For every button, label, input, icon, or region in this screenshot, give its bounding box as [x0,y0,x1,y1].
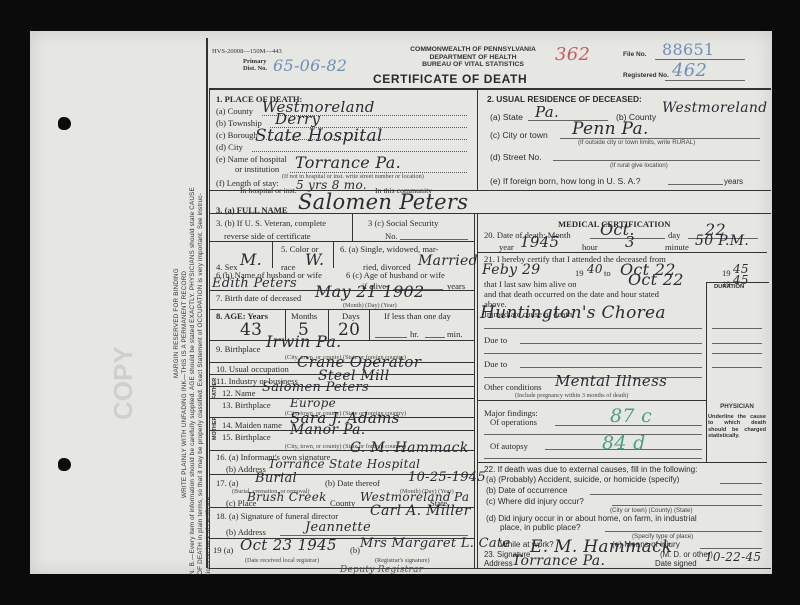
spouse-value: Edith Peters [212,276,297,291]
occurred-label-1: and that death occurred on the date and … [484,289,659,299]
primary-dist-value: 65-06-82 [273,56,347,75]
father-birthplace-value: Europe [290,396,336,410]
physician-note: Underline the cause to which death shoul… [708,414,766,440]
institution-value: Torrance Pa. [295,153,401,172]
registered-no-line [665,80,745,81]
last-saw-label: that I last saw him alive on [484,279,577,289]
date-signed-value: 10-22-45 [705,550,761,564]
ink-note: WRITE PLAINLY WITH UNFADING INK—THIS IS … [181,271,189,498]
funeral-address-value: Jeannette [305,520,371,535]
birthplace-value: Irwin Pa. [266,332,342,351]
res-foreign-label: (e) If foreign born, how long in U. S. A… [490,176,640,186]
father-birthplace-label: 13. Birthplace [222,400,271,410]
registrar-date-value: Oct 23 1945 [240,536,337,554]
due-to-line [520,343,702,344]
burial-date-value: 10-25-1945 [408,470,486,485]
agency-line-2: DEPARTMENT OF HEALTH [388,54,558,62]
external-a-line [720,483,762,484]
res-county-value: Westmoreland [662,100,767,116]
external-a: (a) (Probably) Accident, suicide, or hom… [486,475,679,484]
findings-line [484,458,702,459]
age-divider [369,310,370,340]
attend-from-year: 40 [587,262,603,276]
registrar-date-note: (Date received local registrar) [245,557,319,564]
file-no-label: File No. [623,51,646,58]
registrar-sig-label: (b) [350,545,360,555]
res-state-label: (a) State [490,112,523,122]
minute-label: minute [665,242,689,252]
res-city-note: (If outside city or town limits, write R… [578,139,695,146]
agency-line-1: COMMONWEALTH OF PENNSYLVANIA [388,46,558,54]
city-label: (d) City [216,142,243,152]
name-rule [209,213,771,214]
external-c-note: (City or town) (County) (State) [610,507,693,514]
birth-note: (Month) (Day) (Year) [343,302,397,309]
certificate-title: CERTIFICATE OF DEATH [373,72,527,86]
mother-maiden-label: 14. Maiden name [222,420,282,430]
borough-label: (c) Borough [216,130,258,140]
operations-label: Of operations [490,417,537,427]
registrar-label: 19 (a) [213,545,233,555]
sex-value: M. [240,250,262,269]
burial-value: Burial [255,471,297,486]
duration-line [712,353,762,354]
registered-no-label: Registered No. [623,72,669,79]
mother-side-label: MOTHER [212,417,218,440]
birth-label: 7. Birth date of deceased [216,293,301,303]
file-no-value: 88651 [662,40,714,59]
city-value: State Hospital [255,126,383,146]
autopsy-label: Of autopsy [490,441,528,451]
burial-place-value: Brush Creek [247,490,327,504]
immediate-value: Huntington's Chorea [480,303,666,323]
frame-left-rule [206,38,208,568]
row-rule [209,309,474,310]
stay-sublabel: In hospital or inst. [240,186,297,195]
funeral-value: Carl A. Miller [370,503,471,519]
ss-line [400,239,468,240]
primary-dist-label: Primary Dist. No. [243,58,271,72]
registered-no-value: 462 [672,60,707,81]
faded-stamp: COPY [108,346,139,420]
ss-label-1: 3 (c) Social Security [368,218,438,228]
due-to-label-1: Due to [484,335,507,345]
city-line [252,151,467,152]
duration-label: DURATION [714,284,744,290]
physician-title: PHYSICIAN [708,404,766,411]
to-label: to [604,268,611,278]
res-foreign-suffix: years [724,177,743,186]
attend-to-year-prefix: 19 [722,268,731,278]
bottom-rule [209,568,771,569]
vet-ss-divider [352,214,353,241]
nb-line-2: OF DEATH in plain terms, so that it may … [197,193,205,575]
column-divider-top [477,88,478,191]
external-heading: 22. If death was due to external causes,… [484,465,697,474]
external-d-line [605,531,762,532]
spouse-age-label-1: 6 (c) Age of husband or wife [346,270,445,280]
punch-hole [58,117,71,130]
other-label: Other conditions [484,382,542,392]
binding-note: MARGIN RESERVED FOR BINDING [173,268,181,378]
father-name-value: Salomen Peters [262,380,369,395]
hr-line [375,337,407,338]
min-line [425,337,445,338]
autopsy-code: 84 d [602,432,646,454]
father-side-label: FATHER [212,378,218,399]
physician-note-block: PHYSICIAN Underline the cause to which d… [708,404,766,440]
mother-birthplace-label: 15. Birthplace [222,432,271,442]
sex-color-divider [272,242,273,268]
external-d-1: (d) Did injury occur in or about home, o… [486,514,697,523]
duration-line [712,328,762,329]
operations-code: 87 c [610,405,652,427]
registrar-extra: Deputy Registrar [340,565,423,575]
row-rule [477,400,706,401]
due-to-line [520,367,702,368]
res-street-note: (If rural give location) [610,162,668,169]
burial-label: 17. (a) [216,478,238,488]
hospital-label: (e) Name of hospital [216,154,287,164]
res-street-line [553,160,760,161]
registrar-sig-value: Mrs Margaret L. Cate [360,536,510,551]
res-foreign-line [668,184,723,185]
year-label: year [499,242,514,252]
hour-label: hour [582,242,598,252]
address-label: Address [484,559,513,568]
informant-value: G. M. Hammack [350,440,469,456]
row-rule [209,241,474,242]
due-to-line [484,353,702,354]
informant-address-value: Torrance State Hospital [268,457,420,471]
form-code: HVS-20008—150M—443 [212,48,282,55]
findings-line [484,434,702,435]
red-number: 362 [555,44,590,65]
occupation-label: 10. Usual occupation [216,364,289,374]
last-saw-value: Oct 22 [628,270,684,289]
color-marital-divider [333,242,334,268]
address-value: Torrance Pa. [512,553,605,569]
color-value: W. [305,250,324,269]
less-day-label: If less than one day [384,311,451,321]
row-rule [477,252,767,253]
external-c: (c) Where did injury occur? [486,497,584,506]
burial-date-label: (b) Date thereof [325,478,380,488]
means-line [700,548,762,549]
external-d-2: place, in public place? [500,523,581,532]
veteran-label-1: 3. (b) If U. S. Veteran, complete [216,218,326,228]
other-note: (Include pregnancy within 3 months of de… [515,392,628,399]
ss-label-2: No. [385,231,398,241]
row-rule [477,462,767,463]
date-signed-label: Date signed [655,559,697,568]
other-value: Mental Illness [555,372,667,390]
punch-hole [58,458,71,471]
external-b-line [590,494,762,495]
nb-line-1: N. B.—Every item of information should b… [189,187,197,575]
due-to-label-2: Due to [484,359,507,369]
cause-line [484,328,702,329]
death-hour: 3 [625,233,635,251]
veteran-label-2: reverse side of certificate [224,231,311,241]
mother-birthplace-value: Manor Pa. [290,422,366,438]
res-city-value: Penn Pa. [572,119,649,139]
residence-heading: 2. USUAL RESIDENCE OF DECEASED: [487,94,642,104]
agency-line-3: BUREAU OF VITAL STATISTICS [388,61,558,69]
birthplace-label: 9. Birthplace [216,344,260,354]
external-b: (b) Date of occurrence [486,486,567,495]
attend-from-year-prefix: 19 [575,268,584,278]
res-city-label: (c) City or town [490,130,548,140]
min-label: min. [447,329,463,339]
agency-block: COMMONWEALTH OF PENNSYLVANIA DEPARTMENT … [388,46,558,69]
father-name-label: 12. Name [222,388,255,398]
registrar-sig-note: (Registrar's signature) [375,557,430,564]
county-label: (a) County [216,106,253,116]
header-rule [209,88,771,90]
attend-from: Feby 29 [482,262,540,278]
day-label: day [668,230,680,240]
institution-label: or institution [235,164,279,174]
marital-value: Married [418,253,478,269]
hr-label: hr. [410,329,419,339]
duration-line [712,367,762,368]
death-year: 1945 [520,233,559,251]
res-street-label: (d) Street No. [490,152,542,162]
age-years: 43 [240,320,262,340]
frame-left-rule-inner [209,88,210,568]
res-state-value: Pa. [535,103,559,121]
death-minute: 50 P.M. [695,233,749,249]
burial-state-value: Pa [454,490,469,504]
full-name-value: Salomen Peters [298,190,468,214]
row-rule [209,398,474,399]
external-c-line [612,505,762,506]
duration-line [712,343,762,344]
birth-value: May 21 1902 [315,282,425,301]
